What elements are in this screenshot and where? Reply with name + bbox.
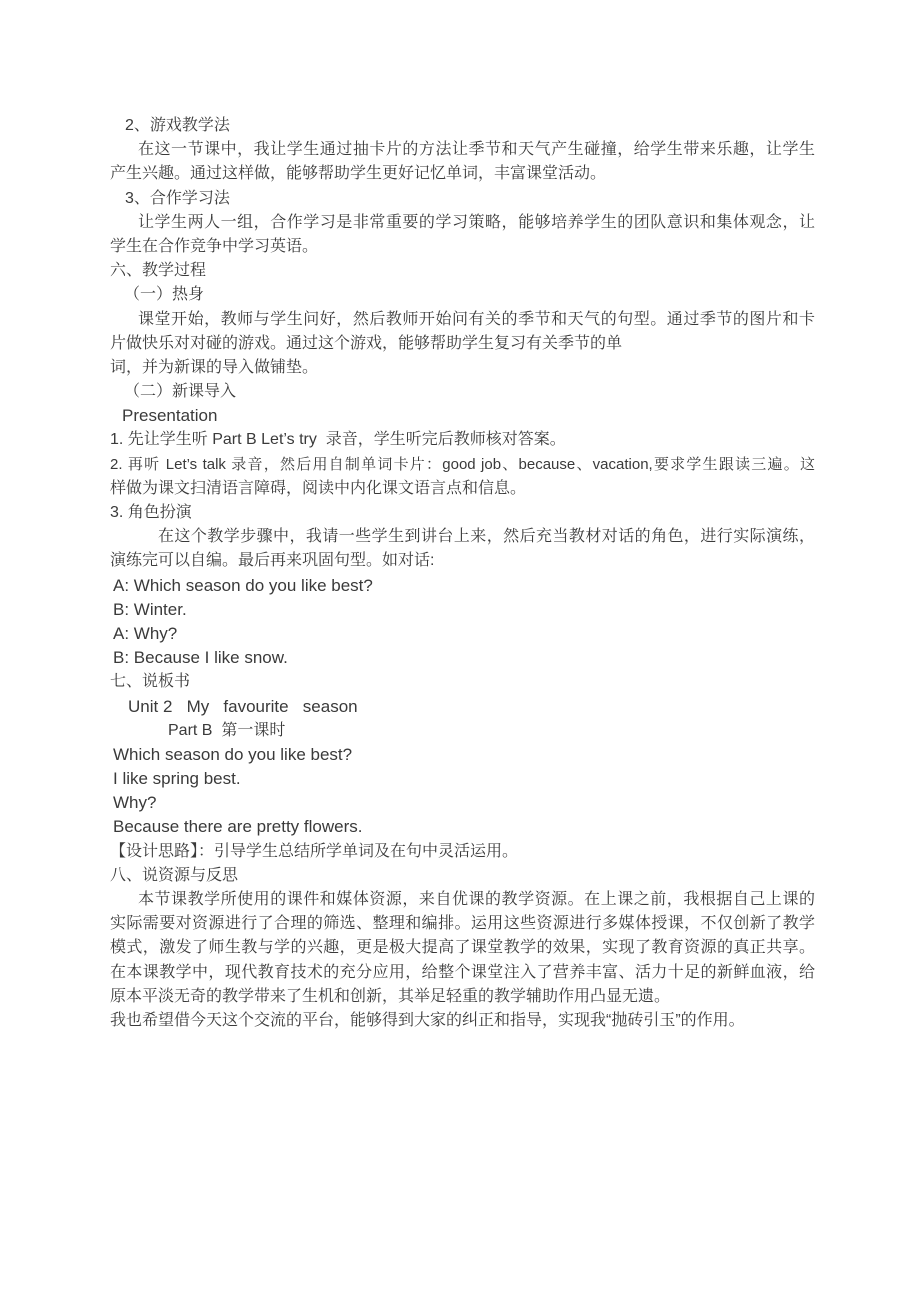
paragraph-line: 样做为课文扫清语言障碍，阅读中内化课文语言点和信息。 — [110, 477, 815, 501]
paragraph-line: 我也希望借今天这个交流的平台，能够得到大家的纠正和指导，实现我“抛砖引玉”的作用… — [110, 1009, 815, 1033]
dialog-line: A: Which season do you like best? — [110, 574, 815, 598]
board-line: Why? — [110, 791, 815, 815]
board-line-unit-title: Unit 2 My favourite season — [110, 695, 815, 719]
paragraph-line: 课堂开始，教师与学生问好，然后教师开始问有关的季节和天气的句型。通过季节的图片和… — [110, 308, 815, 332]
paragraph-line: 在本课教学中，现代教育技术的充分应用，给整个课堂注入了营养丰富、活力十足的新鲜血… — [110, 961, 815, 985]
numbered-step-line: 2. 再听 Let’s talk 录音，然后用自制单词卡片：good job、b… — [110, 453, 815, 477]
dialog-line: B: Because I like snow. — [110, 646, 815, 670]
paragraph-line: 原本平淡无奇的教学带来了生机和创新，其举足轻重的教学辅助作用凸显无遗。 — [110, 985, 815, 1009]
board-line: I like spring best. — [110, 767, 815, 791]
sub-heading-new-lesson: （二）新课导入 — [110, 380, 815, 404]
document-page: 2、游戏教学法 在这一节课中，我让学生通过抽卡片的方法让季节和天气产生碰撞，给学… — [0, 0, 920, 1302]
paragraph-line: 让学生两人一组，合作学习是非常重要的学习策略，能够培养学生的团队意识和集体观念，… — [110, 211, 815, 235]
presentation-label: Presentation — [110, 404, 815, 428]
section-heading-6: 六、教学过程 — [110, 259, 815, 283]
board-line: Because there are pretty flowers. — [110, 815, 815, 839]
dialog-line: B: Winter. — [110, 598, 815, 622]
sub-heading-warmup: （一）热身 — [110, 283, 815, 307]
document-text-block: 2、游戏教学法 在这一节课中，我让学生通过抽卡片的方法让季节和天气产生碰撞，给学… — [110, 114, 815, 1033]
section-heading-8: 八、说资源与反思 — [110, 864, 815, 888]
paragraph-line: 词，并为新课的导入做铺垫。 — [110, 356, 815, 380]
numbered-step-line: 1. 先让学生听 Part B Let’s try 录音，学生听完后教师核对答案… — [110, 428, 815, 452]
paragraph-line: 演练完可以自编。最后再来巩固句型。如对话: — [110, 549, 815, 573]
dialog-line: A: Why? — [110, 622, 815, 646]
section-heading-7: 七、说板书 — [110, 670, 815, 694]
paragraph-line: 产生兴趣。通过这样做，能够帮助学生更好记忆单词，丰富课堂活动。 — [110, 162, 815, 186]
paragraph-line: 片做快乐对对碰的游戏。通过这个游戏，能够帮助学生复习有关季节的单 — [110, 332, 815, 356]
paragraph-line: 实际需要对资源进行了合理的筛选、整理和编排。运用这些资源进行多媒体授课，不仅创新… — [110, 912, 815, 936]
sub-heading-game-method: 2、游戏教学法 — [110, 114, 815, 138]
paragraph-line: 学生在合作竞争中学习英语。 — [110, 235, 815, 259]
board-line-part-b: Part B 第一课时 — [110, 719, 815, 743]
board-line: Which season do you like best? — [110, 743, 815, 767]
paragraph-line: 本节课教学所使用的课件和媒体资源，来自优课的教学资源。在上课之前，我根据自己上课… — [110, 888, 815, 912]
numbered-step-line: 3. 角色扮演 — [110, 501, 815, 525]
sub-heading-coop-method: 3、合作学习法 — [110, 187, 815, 211]
paragraph-line: 在这个教学步骤中，我请一些学生到讲台上来，然后充当教材对话的角色，进行实际演练， — [110, 525, 815, 549]
paragraph-line: 在这一节课中，我让学生通过抽卡片的方法让季节和天气产生碰撞，给学生带来乐趣，让学… — [110, 138, 815, 162]
design-note-line: 【设计思路】：引导学生总结所学单词及在句中灵活运用。 — [110, 840, 815, 864]
paragraph-line: 模式，激发了师生教与学的兴趣，更是极大提高了课堂教学的效果，实现了教育资源的真正… — [110, 936, 815, 960]
